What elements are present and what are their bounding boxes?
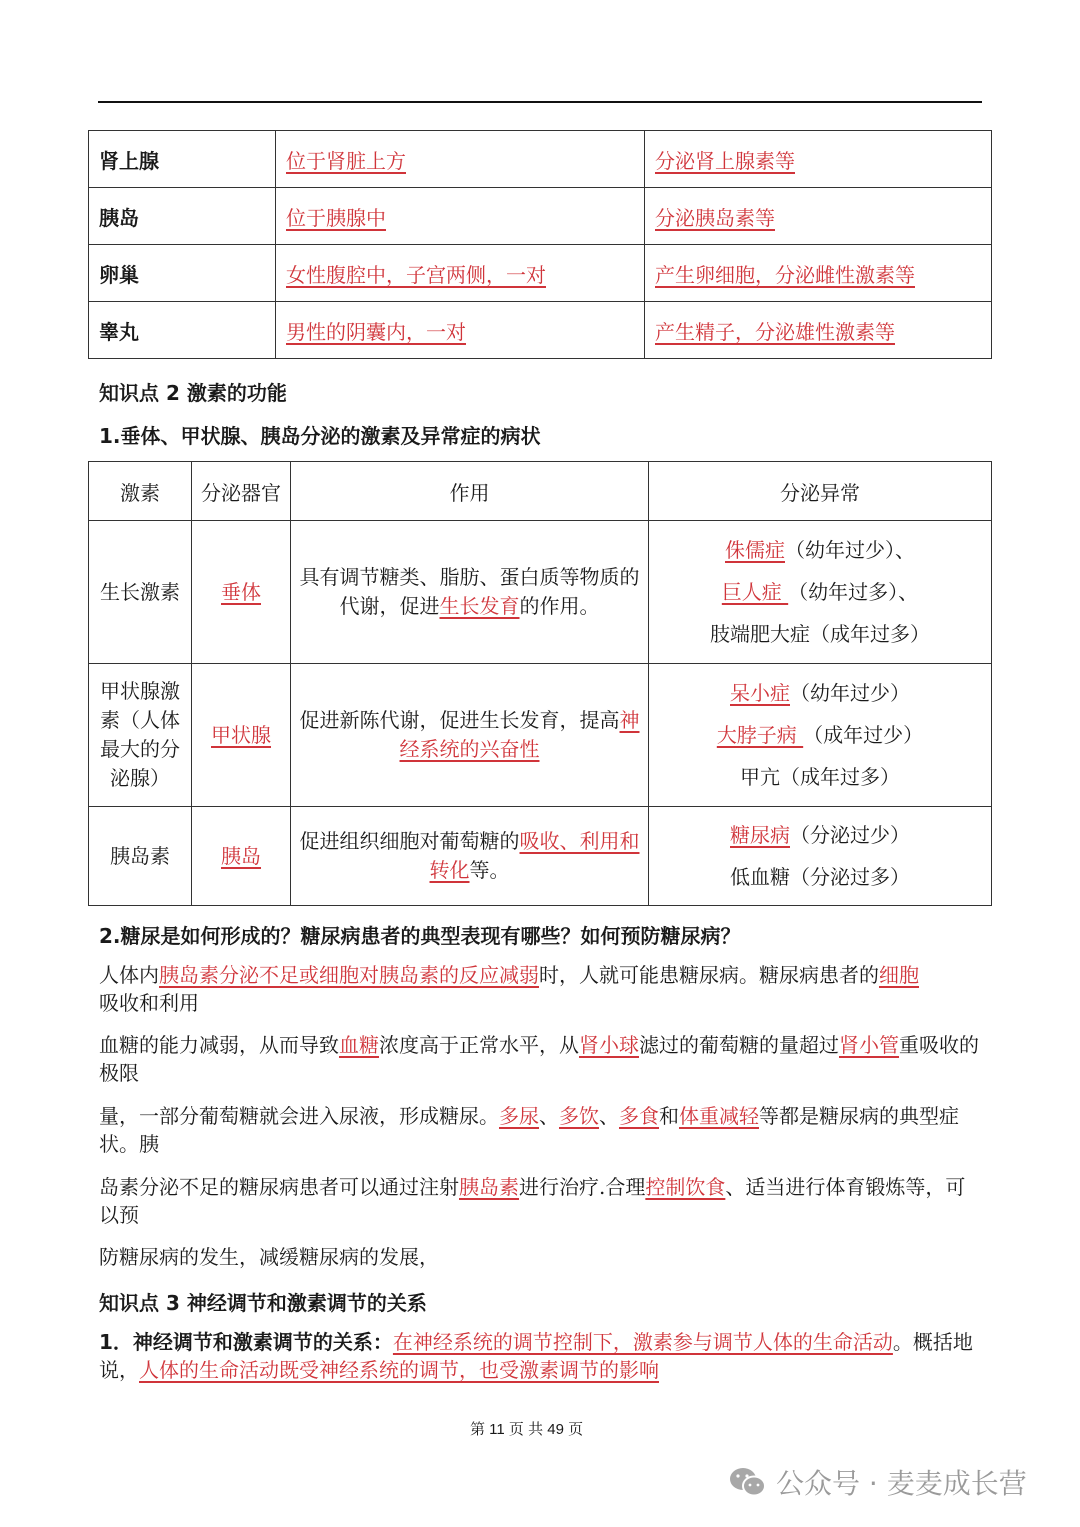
gland-location: 女性腹腔中，子宫两侧，一对 [286, 263, 546, 287]
gland-function: 产生精子，分泌雄性激素等 [655, 320, 895, 344]
secretion-abnormality: 糖尿病（分泌过少） 低血糖（分泌过多） [649, 807, 992, 906]
gland-name: 卵巢 [89, 245, 276, 302]
hormone-name: 生长激素 [89, 521, 192, 664]
section-2-title: 知识点 2 激素的功能 [99, 377, 287, 406]
hormone-table: 激素 分泌器官 作用 分泌异常 生长激素 垂体 具有调节糖类、脂肪、蛋白质等物质… [88, 461, 992, 906]
hormone-name: 甲状腺激素（人体最大的分泌腺） [89, 664, 192, 807]
gland-name: 胰岛 [89, 188, 276, 245]
secretion-abnormality: 侏儒症（幼年过少）、 巨人症 （幼年过多）、 肢端肥大症（成年过多） [649, 521, 992, 664]
table-row: 甲状腺激素（人体最大的分泌腺） 甲状腺 促进新陈代谢，促进生长发育，提高神经系统… [89, 664, 992, 807]
gland-function: 分泌肾上腺素等 [655, 149, 795, 173]
column-header: 分泌器官 [192, 462, 291, 521]
secretion-abnormality: 呆小症（幼年过少） 大脖子病 （成年过少） 甲亢（成年过多） [649, 664, 992, 807]
paragraph-3: 量，一部分葡萄糖就会进入尿液，形成糖尿。多尿、多饮、多食和体重减轻等都是糖尿病的… [99, 1102, 984, 1158]
gland-name: 肾上腺 [89, 131, 276, 188]
table-row: 生长激素 垂体 具有调节糖类、脂肪、蛋白质等物质的代谢，促进生长发育的作用。 侏… [89, 521, 992, 664]
paragraph-5: 防糖尿病的发生，减缓糖尿病的发展， [99, 1243, 984, 1271]
section-2-subtitle: 1.垂体、甲状腺、胰岛分泌的激素及异常症的病状 [99, 420, 541, 449]
secreting-organ: 垂体 [221, 580, 261, 604]
table-row: 卵巢 女性腹腔中，子宫两侧，一对 产生卵细胞，分泌雌性激素等 [89, 245, 992, 302]
secreting-organ: 胰岛 [221, 844, 261, 868]
table-row: 胰岛素 胰岛 促进组织细胞对葡萄糖的吸收、利用和转化等。 糖尿病（分泌过少） 低… [89, 807, 992, 906]
section-3-title: 知识点 3 神经调节和激素调节的关系 [99, 1287, 427, 1316]
hormone-effect: 具有调节糖类、脂肪、蛋白质等物质的代谢，促进生长发育的作用。 [291, 521, 649, 664]
column-header: 分泌异常 [649, 462, 992, 521]
paragraph-4: 岛素分泌不足的糖尿病患者可以通过注射胰岛素进行治疗.合理控制饮食、适当进行体育锻… [99, 1173, 984, 1229]
header-rule [98, 101, 982, 103]
gland-function: 产生卵细胞，分泌雌性激素等 [655, 263, 915, 287]
watermark-text: 公众号 · 麦麦成长营 [776, 1462, 1027, 1502]
column-header: 激素 [89, 462, 192, 521]
hormone-effect: 促进组织细胞对葡萄糖的吸收、利用和转化等。 [291, 807, 649, 906]
hormone-effect: 促进新陈代谢，促进生长发育，提高神经系统的兴奋性 [291, 664, 649, 807]
watermark: 公众号 · 麦麦成长营 [728, 1462, 1027, 1502]
page-number: 第 11 页 共 49 页 [470, 1418, 583, 1439]
wechat-icon [728, 1465, 768, 1499]
gland-function: 分泌胰岛素等 [655, 206, 775, 230]
paragraph-1: 人体内胰岛素分泌不足或细胞对胰岛素的反应减弱时，人就可能患糖尿病。糖尿病患者的细… [99, 961, 984, 1017]
hormone-name: 胰岛素 [89, 807, 192, 906]
gland-name: 睾丸 [89, 302, 276, 359]
gland-location: 位于肾脏上方 [286, 149, 406, 173]
table-row: 睾丸 男性的阴囊内，一对 产生精子，分泌雄性激素等 [89, 302, 992, 359]
section-3-paragraph: 1．神经调节和激素调节的关系：在神经系统的调节控制下，激素参与调节人体的生命活动… [99, 1328, 984, 1384]
paragraph-2: 血糖的能力减弱，从而导致血糖浓度高于正常水平，从肾小球滤过的葡萄糖的量超过肾小管… [99, 1031, 984, 1087]
table-row: 胰岛 位于胰腺中 分泌胰岛素等 [89, 188, 992, 245]
column-header: 作用 [291, 462, 649, 521]
table-row: 肾上腺 位于肾脏上方 分泌肾上腺素等 [89, 131, 992, 188]
table-header-row: 激素 分泌器官 作用 分泌异常 [89, 462, 992, 521]
gland-location: 男性的阴囊内，一对 [286, 320, 466, 344]
glands-table: 肾上腺 位于肾脏上方 分泌肾上腺素等 胰岛 位于胰腺中 分泌胰岛素等 卵巢 女性… [88, 130, 992, 359]
secreting-organ: 甲状腺 [211, 723, 271, 747]
gland-location: 位于胰腺中 [286, 206, 386, 230]
question-2-title: 2.糖尿是如何形成的？糖尿病患者的典型表现有哪些？如何预防糖尿病？ [99, 920, 741, 949]
